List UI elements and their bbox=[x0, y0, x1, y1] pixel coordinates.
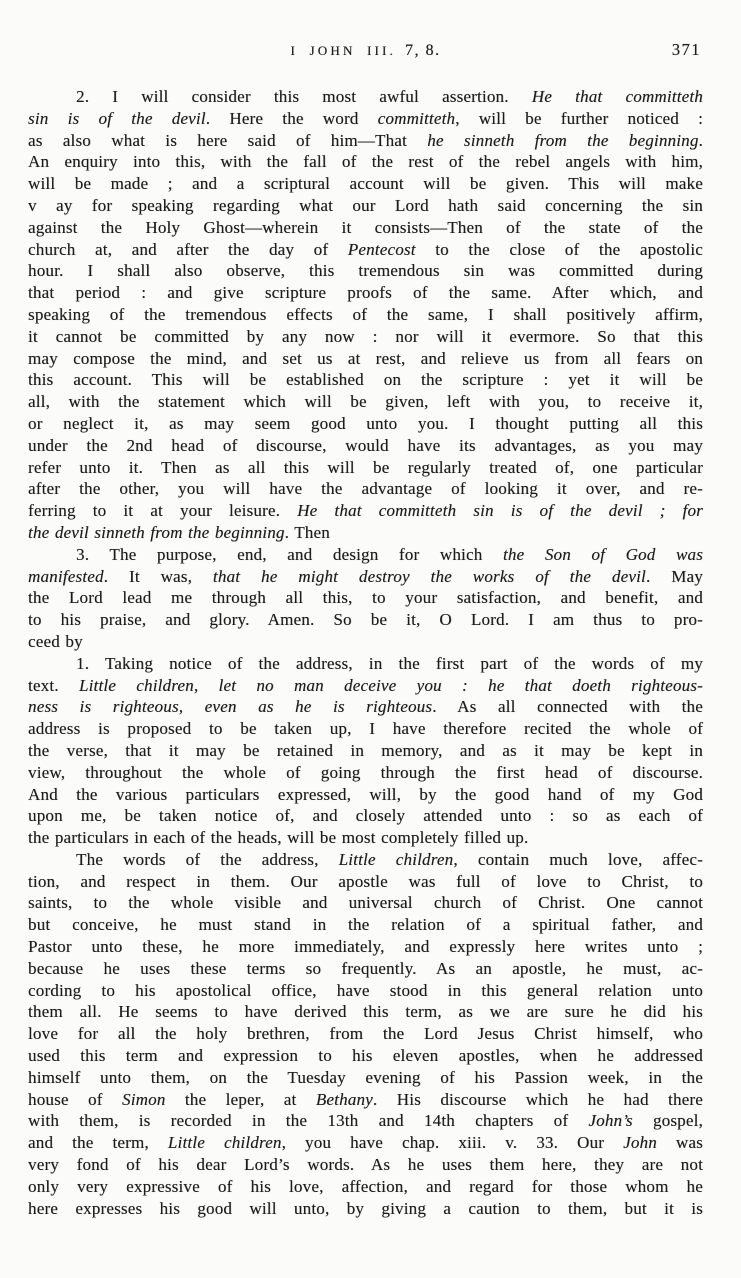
paragraph: 3. The purpose, end, and design for whic… bbox=[28, 544, 703, 653]
text-line: may compose the mind, and set us at rest… bbox=[28, 348, 703, 370]
body-text: very fond of his dear Lord’s words. As h… bbox=[28, 1155, 703, 1174]
body-text: here expresses his good will unto, by gi… bbox=[28, 1199, 703, 1218]
text-line: to his praise, and glory. Amen. So be it… bbox=[28, 609, 703, 631]
text-line: tion, and respect in them. Our apostle w… bbox=[28, 871, 703, 893]
text-line: saints, to the whole visible and univers… bbox=[28, 892, 703, 914]
body-text: 3. The purpose, end, and design for whic… bbox=[76, 545, 503, 564]
text-line: ceed by bbox=[28, 631, 703, 653]
text-line: speaking of the tremendous effects of th… bbox=[28, 304, 703, 326]
body-text: church at, and after the day of bbox=[28, 240, 348, 259]
italic-text: John’s bbox=[588, 1111, 632, 1130]
body-text: And the various particulars expressed, w… bbox=[28, 785, 703, 804]
body-text: tion, and respect in them. Our apostle w… bbox=[28, 872, 703, 891]
body-text: was bbox=[657, 1133, 703, 1152]
text-line: only very expressive of his love, affect… bbox=[28, 1176, 703, 1198]
body-text: , you have chap. xiii. v. 33. Our bbox=[282, 1133, 624, 1152]
text-line: under the 2nd head of discourse, would h… bbox=[28, 435, 703, 457]
body-text: under the 2nd head of discourse, would h… bbox=[28, 436, 703, 455]
text-line: very fond of his dear Lord’s words. As h… bbox=[28, 1154, 703, 1176]
italic-text: that he might destroy the works of the d… bbox=[213, 567, 646, 586]
text-line: 2. I will consider this most awful asser… bbox=[28, 86, 703, 108]
body-text: 2. I will consider this most awful asser… bbox=[76, 87, 532, 106]
body-text: the verse, that it may be retained in me… bbox=[28, 741, 703, 760]
body-text: only very expressive of his love, affect… bbox=[28, 1177, 703, 1196]
body-text: ceed by bbox=[28, 632, 83, 651]
body-text: . bbox=[699, 131, 703, 150]
text-line: church at, and after the day of Pentecos… bbox=[28, 239, 703, 261]
paragraph: 1. Taking notice of the address, in the … bbox=[28, 653, 703, 849]
text-line: himself unto them, on the Tuesday evenin… bbox=[28, 1067, 703, 1089]
text-line: An enquiry into this, with the fall of t… bbox=[28, 151, 703, 173]
body-text: speaking of the tremendous effects of th… bbox=[28, 305, 703, 324]
body-text: this account. This will be established o… bbox=[28, 370, 703, 389]
body-text: because he uses these terms so frequentl… bbox=[28, 959, 703, 978]
body-text: and the term, bbox=[28, 1133, 168, 1152]
body-text: refer unto it. Then as all this will be … bbox=[28, 458, 703, 477]
italic-text: the devil sinneth from the beginning bbox=[28, 523, 285, 542]
body-text: Pastor unto these, he more immediately, … bbox=[28, 937, 703, 956]
paragraph: The words of the address, Little childre… bbox=[28, 849, 703, 1220]
body-text: . As all connected with the bbox=[432, 697, 703, 716]
body-text: . Then bbox=[285, 523, 330, 542]
text-line: 1. Taking notice of the address, in the … bbox=[28, 653, 703, 675]
body-text: love for all the holy brethren, from the… bbox=[28, 1024, 703, 1043]
italic-text: Little children, let no man deceive you … bbox=[79, 676, 703, 695]
text-line: house of Simon the leper, at Bethany. Hi… bbox=[28, 1089, 703, 1111]
text-line: manifested. It was, that he might destro… bbox=[28, 566, 703, 588]
text-line: 3. The purpose, end, and design for whic… bbox=[28, 544, 703, 566]
body-text: or neglect it, as may seem good unto you… bbox=[28, 414, 703, 433]
italic-text: Pentecost bbox=[348, 240, 416, 259]
text-line: because he uses these terms so frequentl… bbox=[28, 958, 703, 980]
body-text: view, throughout the whole of going thro… bbox=[28, 763, 703, 782]
text-line: and the term, Little children, you have … bbox=[28, 1132, 703, 1154]
text-line: the verse, that it may be retained in me… bbox=[28, 740, 703, 762]
body-text: . Here the word bbox=[206, 109, 378, 128]
body-text: , will be further noticed : bbox=[455, 109, 703, 128]
italic-text: He that committeth bbox=[532, 87, 703, 106]
body-text: . May bbox=[646, 567, 703, 586]
body-text: used this term and expression to his ele… bbox=[28, 1046, 703, 1065]
paragraph: 2. I will consider this most awful asser… bbox=[28, 86, 703, 544]
text-line: or neglect it, as may seem good unto you… bbox=[28, 413, 703, 435]
text-line: the particulars in each of the heads, wi… bbox=[28, 827, 703, 849]
italic-text: manifested bbox=[28, 567, 104, 586]
text-line: text. Little children, let no man deceiv… bbox=[28, 675, 703, 697]
body-text: gospel, bbox=[633, 1111, 703, 1130]
text-line: cording to his apostolical office, have … bbox=[28, 980, 703, 1002]
text-line: with them, is recorded in the 13th and 1… bbox=[28, 1110, 703, 1132]
text-line: this account. This will be established o… bbox=[28, 369, 703, 391]
text-line: upon me, be taken notice of, and closely… bbox=[28, 805, 703, 827]
body-text: to the close of the apostolic bbox=[416, 240, 703, 259]
body-text: all, with the statement which will be gi… bbox=[28, 392, 703, 411]
body-text: hour. I shall also observe, this tremend… bbox=[28, 261, 703, 280]
running-header: I JOHN III. 7, 8. bbox=[28, 42, 703, 60]
italic-text: Little children bbox=[339, 850, 454, 869]
body-text: the Lord lead me through all this, to yo… bbox=[28, 588, 703, 607]
text-line: but conceive, he must stand in the relat… bbox=[28, 914, 703, 936]
italic-text: the Son of God was bbox=[503, 545, 703, 564]
body-text: may compose the mind, and set us at rest… bbox=[28, 349, 703, 368]
body-text: , contain much love, affec- bbox=[453, 850, 703, 869]
body-text: after the other, you will have the advan… bbox=[28, 479, 703, 498]
body-text: the leper, at bbox=[166, 1090, 316, 1109]
body-text: The words of the address, bbox=[76, 850, 339, 869]
page-body: 2. I will consider this most awful asser… bbox=[28, 86, 703, 1219]
text-line: after the other, you will have the advan… bbox=[28, 478, 703, 500]
text-line: refer unto it. Then as all this will be … bbox=[28, 457, 703, 479]
text-line: v ay for speaking regarding what our Lor… bbox=[28, 195, 703, 217]
body-text: them all. He seems to have derived this … bbox=[28, 1002, 703, 1021]
scanned-page: I JOHN III. 7, 8. 371 2. I will consider… bbox=[0, 0, 741, 1219]
text-line: them all. He seems to have derived this … bbox=[28, 1001, 703, 1023]
body-text: saints, to the whole visible and univers… bbox=[28, 893, 703, 912]
italic-text: He that committeth sin is of the devil ;… bbox=[297, 501, 703, 520]
italic-text: ness is righteous, even as he is righteo… bbox=[28, 697, 432, 716]
text-line: The words of the address, Little childre… bbox=[28, 849, 703, 871]
body-text: as also what is here said of him—That bbox=[28, 131, 427, 150]
page-header: I JOHN III. 7, 8. 371 bbox=[28, 42, 703, 60]
body-text: 1. Taking notice of the address, in the … bbox=[76, 654, 703, 673]
body-text: but conceive, he must stand in the relat… bbox=[28, 915, 703, 934]
body-text: An enquiry into this, with the fall of t… bbox=[28, 152, 703, 171]
text-line: as also what is here said of him—That he… bbox=[28, 130, 703, 152]
text-line: sin is of the devil. Here the word commi… bbox=[28, 108, 703, 130]
running-header-verses: 7, 8. bbox=[405, 42, 441, 59]
text-line: the Lord lead me through all this, to yo… bbox=[28, 587, 703, 609]
italic-text: sin is of the devil bbox=[28, 109, 206, 128]
body-text: house of bbox=[28, 1090, 122, 1109]
body-text: upon me, be taken notice of, and closely… bbox=[28, 806, 703, 825]
body-text: address is proposed to be taken up, I ha… bbox=[28, 719, 703, 738]
text-line: against the Holy Ghost—wherein it consis… bbox=[28, 217, 703, 239]
text-line: ferring to it at your leisure. He that c… bbox=[28, 500, 703, 522]
body-text: against the Holy Ghost—wherein it consis… bbox=[28, 218, 703, 237]
body-text: the particulars in each of the heads, wi… bbox=[28, 828, 528, 847]
italic-text: committeth bbox=[378, 109, 456, 128]
running-header-book: I JOHN III. bbox=[291, 43, 397, 58]
text-line: all, with the statement which will be gi… bbox=[28, 391, 703, 413]
text-line: love for all the holy brethren, from the… bbox=[28, 1023, 703, 1045]
text-line: And the various particulars expressed, w… bbox=[28, 784, 703, 806]
body-text: that period : and give scripture proofs … bbox=[28, 283, 703, 302]
text-line: here expresses his good will unto, by gi… bbox=[28, 1198, 703, 1220]
text-line: that period : and give scripture proofs … bbox=[28, 282, 703, 304]
body-text: text. bbox=[28, 676, 79, 695]
text-line: ness is righteous, even as he is righteo… bbox=[28, 696, 703, 718]
body-text: will be made ; and a scriptural account … bbox=[28, 174, 703, 193]
body-text: to his praise, and glory. Amen. So be it… bbox=[28, 610, 703, 629]
italic-text: Little children bbox=[168, 1133, 282, 1152]
body-text: . His discourse which he had there bbox=[373, 1090, 703, 1109]
body-text: it cannot be committed by any now : nor … bbox=[28, 327, 703, 346]
body-text: . It was, bbox=[104, 567, 213, 586]
body-text: ferring to it at your leisure. bbox=[28, 501, 297, 520]
italic-text: Simon bbox=[122, 1090, 166, 1109]
body-text: v ay for speaking regarding what our Lor… bbox=[28, 196, 703, 215]
text-line: the devil sinneth from the beginning. Th… bbox=[28, 522, 703, 544]
page-number: 371 bbox=[672, 40, 701, 60]
body-text: himself unto them, on the Tuesday evenin… bbox=[28, 1068, 703, 1087]
text-line: will be made ; and a scriptural account … bbox=[28, 173, 703, 195]
text-line: Pastor unto these, he more immediately, … bbox=[28, 936, 703, 958]
text-line: view, throughout the whole of going thro… bbox=[28, 762, 703, 784]
text-line: address is proposed to be taken up, I ha… bbox=[28, 718, 703, 740]
body-text: with them, is recorded in the 13th and 1… bbox=[28, 1111, 588, 1130]
body-text: cording to his apostolical office, have … bbox=[28, 981, 703, 1000]
italic-text: John bbox=[623, 1133, 657, 1152]
italic-text: Bethany bbox=[316, 1090, 373, 1109]
italic-text: he sinneth from the beginning bbox=[427, 131, 698, 150]
text-line: used this term and expression to his ele… bbox=[28, 1045, 703, 1067]
text-line: hour. I shall also observe, this tremend… bbox=[28, 260, 703, 282]
text-line: it cannot be committed by any now : nor … bbox=[28, 326, 703, 348]
